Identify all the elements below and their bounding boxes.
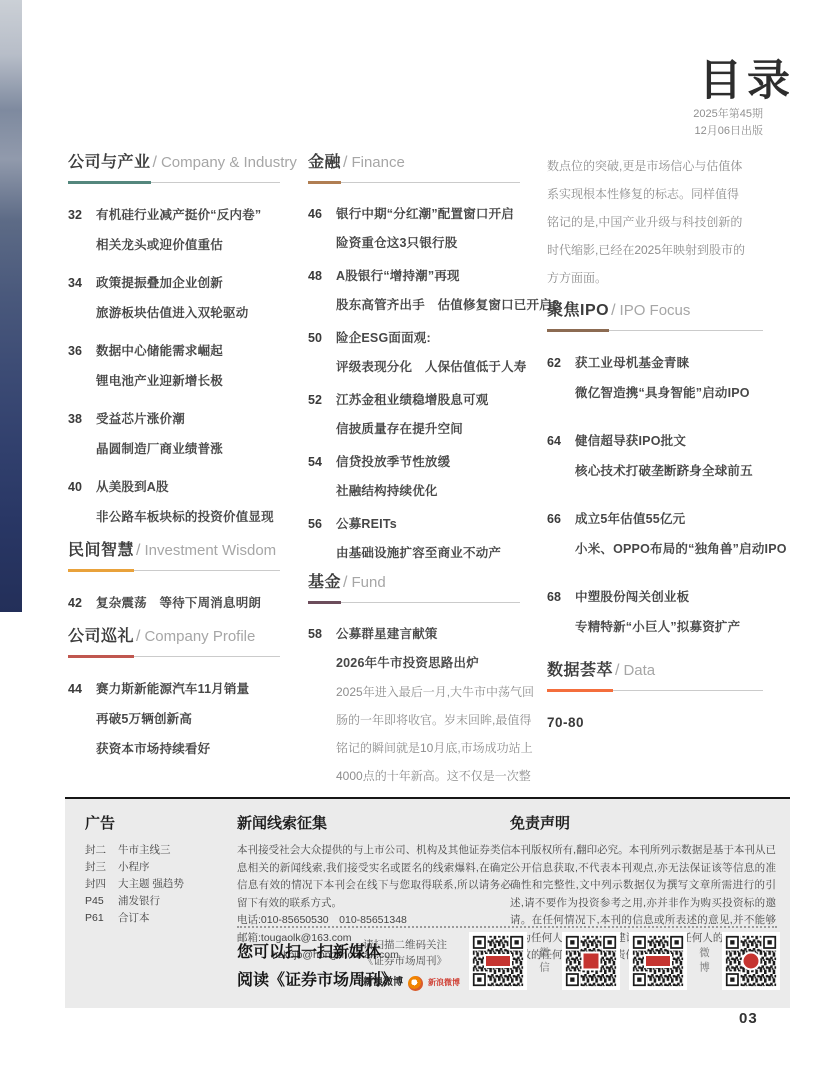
toc-column-1: 公司与产业/Company & Industry 公司与产业 32 有机硅行业减… [68, 152, 280, 772]
item-title-line: 获工业母机基金青睐 [575, 348, 750, 378]
toc-item: 56 公募REITs由基础设施扩容至商业不动产 [308, 510, 520, 568]
toc-item: 48 A股银行“增持潮”再现股东高管齐出手 估值修复窗口已开启? [308, 262, 520, 320]
issue-number: 2025年第45期 [693, 106, 763, 123]
section-rule: 民间智慧 [68, 569, 280, 572]
advertising-block: 广告 封二牛市主线三 封三小程序 封四大主题 强趋势 P45浦发银行 P61合订… [85, 812, 184, 927]
toc-item: 44 赛力斯新能源汽车11月销量再破5万辆创新高获资本市场持续看好 [68, 674, 280, 764]
excerpt-line: 方方面面。 [547, 264, 763, 292]
qr-center-logo [486, 956, 510, 966]
ad-entry: 封二牛市主线三 [85, 842, 184, 859]
toc-item: 62 获工业母机基金青睐微亿智造携“具身智能”启动IPO [547, 348, 763, 408]
item-page-number: 48 [308, 262, 336, 320]
section-rule: 公司与产业 [68, 181, 280, 184]
ad-name: 合订本 [118, 912, 150, 924]
item-title-line: 健信超导获IPO批文 [575, 426, 753, 456]
toc-item: 34 政策提振叠加企业创新旅游板块估值进入双轮驱动 [68, 268, 280, 328]
section-rule: 聚焦IPO [547, 329, 763, 332]
toc-item: 64 健信超导获IPO批文核心技术打破垄断跻身全球前五 [547, 426, 763, 486]
excerpt-line: 4000点的十年新高。这不仅是一次整 [336, 762, 534, 790]
item-title-line: 2026年牛市投资思路出炉 [336, 649, 534, 678]
section-header: 民间智慧/Investment Wisdom 民间智慧 [68, 540, 280, 572]
item-title-line: 赛力斯新能源汽车11月销量 [96, 674, 249, 704]
item-title-line: 险资重仓这3只银行股 [336, 229, 514, 258]
section-title-zh: 民间智慧 [68, 542, 134, 559]
section-title-zh: 公司巡礼 [68, 628, 134, 645]
page-number: 03 [739, 1010, 758, 1027]
item-title-line: 江苏金租业绩稳增股息可观 [336, 386, 488, 415]
excerpt-line: 铭记的瞬间就是10月底,市场成功站上 [336, 734, 534, 762]
toc-item: 46 银行中期“分红潮”配置窗口开启险资重仓这3只银行股 [308, 200, 520, 258]
section-accent-bar: 公司巡礼 [68, 655, 134, 658]
section-accent-bar: 聚焦IPO [547, 329, 609, 332]
toc-item: 70-80 [547, 708, 763, 738]
item-title-line: 社融结构持续优化 [336, 477, 450, 506]
section-title-en: Data [623, 662, 655, 679]
section-slash: / [136, 628, 140, 645]
section-header: 公司巡礼/Company Profile 公司巡礼 [68, 626, 280, 658]
masthead: 目录 2025年第45期 12月06日出版 [693, 58, 790, 140]
section-accent-bar: 公司与产业 [68, 181, 151, 184]
section-company-industry: 公司与产业/Company & Industry 公司与产业 32 有机硅行业减… [68, 152, 280, 532]
section-investment-wisdom: 民间智慧/Investment Wisdom 民间智慧 42 复杂震荡 等待下周… [68, 540, 280, 618]
item-title-line: 信贷投放季节性放缓 [336, 448, 450, 477]
item-page-range: 70-80 [547, 708, 584, 738]
item-title-line: 公募REITs [336, 510, 501, 539]
excerpt-line: 铭记的是,中国产业升级与科技创新的 [547, 208, 763, 236]
item-page-number: 62 [547, 348, 575, 408]
section-slash: / [136, 542, 140, 559]
qr-group-label-weibo: 微博 [697, 947, 712, 976]
news-clues-title: 新闻线索征集 [237, 812, 511, 833]
section-title-en: Fund [351, 574, 385, 591]
ad-entry: 封三小程序 [85, 859, 184, 876]
section-title-en: Investment Wisdom [144, 542, 276, 559]
item-title-line: 受益芯片涨价潮 [96, 404, 223, 434]
item-title-line: 公募群星建言献策 [336, 620, 534, 649]
item-title-line: 银行中期“分红潮”配置窗口开启 [336, 200, 514, 229]
section-slash: / [153, 154, 157, 171]
item-title-line: 复杂震荡 等待下周消息明朗 [96, 588, 261, 618]
toc-title: 目录 [693, 58, 795, 106]
item-title-line: 晶圆制造厂商业绩普涨 [96, 434, 223, 464]
disclaimer-title: 免责声明 [510, 812, 776, 833]
excerpt-line: 数点位的突破,更是市场信心与估值体 [547, 152, 763, 180]
toc-item: 40 从美股到A股非公路车板块标的投资价值显现 [68, 472, 280, 532]
scan-hint: 请扫描二维码关注 《证券市场周刊》 新浪微博 新浪微博 [363, 937, 460, 991]
item-title-line: 小米、OPPO布局的“独角兽”启动IPO [575, 534, 787, 564]
publish-date: 12月06日出版 [693, 123, 763, 140]
magazine-toc-page: 目录 2025年第45期 12月06日出版 公司与产业/Company & In… [0, 0, 831, 1067]
item-page-number: 46 [308, 200, 336, 258]
section-title-zh: 聚焦IPO [547, 302, 609, 319]
ad-name: 浦发银行 [118, 895, 160, 907]
toc-item: 42 复杂震荡 等待下周消息明朗 [68, 588, 280, 618]
toc-item: 68 中塑股份闯关创业板专精特新“小巨人”拟募资扩产 [547, 582, 763, 642]
section-ipo-focus: 聚焦IPO/IPO Focus 聚焦IPO 62 获工业母机基金青睐微亿智造携“… [547, 300, 763, 642]
ad-name: 小程序 [118, 861, 150, 873]
item-title-line: 核心技术打破垄断跻身全球前五 [575, 456, 753, 486]
article-excerpt: 2025年进入最后一月,大牛市中荡气回 肠的一年即将收官。岁末回眸,最值得 铭记… [336, 678, 534, 790]
item-title-line: 锂电池产业迎新增长极 [96, 366, 223, 396]
item-title-line: 非公路车板块标的投资价值显现 [96, 502, 274, 532]
item-page-number: 58 [308, 620, 336, 790]
item-title-line: 政策提振叠加企业创新 [96, 268, 248, 298]
advertising-title: 广告 [85, 812, 184, 833]
item-title-line: 从美股到A股 [96, 472, 274, 502]
item-page-number: 32 [68, 200, 96, 260]
item-title-line: 由基础设施扩容至商业不动产 [336, 539, 501, 568]
section-slash: / [615, 662, 619, 679]
toc-item: 32 有机硅行业减产挺价“反内卷”相关龙头或迎价值重估 [68, 200, 280, 260]
excerpt-line: 系实现根本性修复的标志。同样值得 [547, 180, 763, 208]
item-title-line: 评级表现分化 人保估值低于人寿 [336, 353, 527, 382]
item-title-line: A股银行“增持潮”再现 [336, 262, 560, 291]
toc-item: 52 江苏金租业绩稳增股息可观信披质量存在提升空间 [308, 386, 520, 444]
sina-weibo-logo-text: 新浪微博 [428, 975, 460, 991]
item-page-number: 38 [68, 404, 96, 464]
toc-column-2: 金融/Finance 金融 46 银行中期“分红潮”配置窗口开启险资重仓这3只银… [308, 152, 520, 794]
section-finance: 金融/Finance 金融 46 银行中期“分红潮”配置窗口开启险资重仓这3只银… [308, 152, 520, 568]
item-title-line: 专精特新“小巨人”拟募资扩产 [575, 612, 740, 642]
section-header: 聚焦IPO/IPO Focus 聚焦IPO [547, 300, 763, 332]
scan-hint-line: 请扫描二维码关注 [363, 937, 460, 953]
ad-position: 封三 [85, 859, 111, 876]
item-page-number: 44 [68, 674, 96, 764]
ad-entry: 封四大主题 强趋势 [85, 876, 184, 893]
cover-edge-image [0, 0, 22, 612]
section-accent-bar: 民间智慧 [68, 569, 134, 572]
item-title-line: 获资本市场持续看好 [96, 734, 249, 764]
section-company-profile: 公司巡礼/Company Profile 公司巡礼 44 赛力斯新能源汽车11月… [68, 626, 280, 764]
qr-group-label-wechat: 微信 [537, 947, 552, 976]
article-excerpt-continuation: 数点位的突破,更是市场信心与估值体 系实现根本性修复的标志。同样值得 铭记的是,… [547, 152, 763, 292]
qr-code-weibo-2 [722, 932, 780, 990]
item-title-line: 中塑股份闯关创业板 [575, 582, 740, 612]
section-fund: 基金/Fund 基金 58 公募群星建言献策 2026年牛市投资思路出炉 202… [308, 572, 520, 790]
section-rule: 基金 [308, 601, 520, 604]
excerpt-line: 时代缩影,已经在2025年映射到股市的 [547, 236, 763, 264]
item-title-line: 有机硅行业减产挺价“反内卷” [96, 200, 261, 230]
section-rule: 金融 [308, 181, 520, 184]
qr-code-wechat-1 [469, 932, 527, 990]
section-title-zh: 金融 [308, 154, 341, 171]
qr-center-logo [646, 956, 670, 966]
weibo-row: 新浪微博 新浪微博 [363, 975, 460, 991]
toc-item: 66 成立5年估值55亿元小米、OPPO布局的“独角兽”启动IPO [547, 504, 763, 564]
scan-hint-line: 《证券市场周刊》 [363, 953, 460, 969]
ad-name: 牛市主线三 [118, 844, 171, 856]
sina-weibo-logo-icon [408, 976, 423, 991]
section-header: 公司与产业/Company & Industry 公司与产业 [68, 152, 280, 184]
item-title-line: 信披质量存在提升空间 [336, 415, 488, 444]
section-title-zh: 数据荟萃 [547, 662, 613, 679]
excerpt-line: 肠的一年即将收官。岁末回眸,最值得 [336, 706, 534, 734]
toc-item: 54 信贷投放季节性放缓社融结构持续优化 [308, 448, 520, 506]
section-header: 基金/Fund 基金 [308, 572, 520, 604]
ad-entry: P61合订本 [85, 910, 184, 927]
item-page-number: 42 [68, 588, 96, 618]
item-page-number: 50 [308, 324, 336, 382]
ad-entry: P45浦发银行 [85, 893, 184, 910]
item-title-line: 数据中心储能需求崛起 [96, 336, 223, 366]
item-title-line: 再破5万辆创新高 [96, 704, 249, 734]
section-title-en: IPO Focus [620, 302, 691, 319]
section-slash: / [611, 302, 615, 319]
item-title-line: 股东高管齐出手 估值修复窗口已开启? [336, 291, 560, 320]
ad-position: 封二 [85, 842, 111, 859]
toc-item: 36 数据中心储能需求崛起锂电池产业迎新增长极 [68, 336, 280, 396]
section-accent-bar: 基金 [308, 601, 341, 604]
item-title-line: 成立5年估值55亿元 [575, 504, 787, 534]
toc-item: 50 险企ESG面面观:评级表现分化 人保估值低于人寿 [308, 324, 520, 382]
ad-position: P61 [85, 910, 111, 927]
toc-item: 58 公募群星建言献策 2026年牛市投资思路出炉 2025年进入最后一月,大牛… [308, 620, 520, 790]
footer-info-panel: 广告 封二牛市主线三 封三小程序 封四大主题 强趋势 P45浦发银行 P61合订… [65, 797, 790, 1008]
qr-code-wechat-2 [562, 932, 620, 990]
section-title-en: Company & Industry [161, 154, 297, 171]
section-slash: / [343, 574, 347, 591]
qr-code-row: 微信 微博 [469, 932, 780, 990]
item-page-number: 64 [547, 426, 575, 486]
section-title-zh: 公司与产业 [68, 154, 151, 171]
item-page-number: 40 [68, 472, 96, 532]
item-page-number: 54 [308, 448, 336, 506]
section-slash: / [343, 154, 347, 171]
qr-center-logo [584, 954, 599, 969]
news-clues-body: 本刊接受社会大众提供的与上市公司、机构及其他证券类信息相关的新闻线索,我们接受实… [237, 842, 511, 912]
item-page-number: 36 [68, 336, 96, 396]
section-header: 数据荟萃/Data 数据荟萃 [547, 660, 763, 692]
qr-center-logo [744, 954, 759, 969]
item-page-number: 52 [308, 386, 336, 444]
ad-position: P45 [85, 893, 111, 910]
item-page-number: 66 [547, 504, 575, 564]
item-page-number: 56 [308, 510, 336, 568]
section-rule: 数据荟萃 [547, 689, 763, 692]
section-data: 数据荟萃/Data 数据荟萃 70-80 [547, 660, 763, 738]
weibo-label: 新浪微博 [363, 975, 403, 991]
section-title-zh: 基金 [308, 574, 341, 591]
section-accent-bar: 金融 [308, 181, 341, 184]
item-title-line: 微亿智造携“具身智能”启动IPO [575, 378, 750, 408]
ad-name: 大主题 强趋势 [118, 878, 184, 890]
item-title-line: 相关龙头或迎价值重估 [96, 230, 261, 260]
section-title-en: Company Profile [144, 628, 255, 645]
dotted-divider [237, 926, 777, 928]
ad-position: 封四 [85, 876, 111, 893]
item-page-number: 68 [547, 582, 575, 642]
item-title-line: 险企ESG面面观: [336, 324, 527, 353]
item-title-line: 旅游板块估值进入双轮驱动 [96, 298, 248, 328]
section-title-en: Finance [351, 154, 404, 171]
section-header: 金融/Finance 金融 [308, 152, 520, 184]
section-rule: 公司巡礼 [68, 655, 280, 658]
section-accent-bar: 数据荟萃 [547, 689, 613, 692]
qr-code-weibo-1 [629, 932, 687, 990]
excerpt-line: 2025年进入最后一月,大牛市中荡气回 [336, 678, 534, 706]
toc-column-3: 数点位的突破,更是市场信心与估值体 系实现根本性修复的标志。同样值得 铭记的是,… [547, 152, 763, 756]
item-page-number: 34 [68, 268, 96, 328]
toc-item: 38 受益芯片涨价潮晶圆制造厂商业绩普涨 [68, 404, 280, 464]
